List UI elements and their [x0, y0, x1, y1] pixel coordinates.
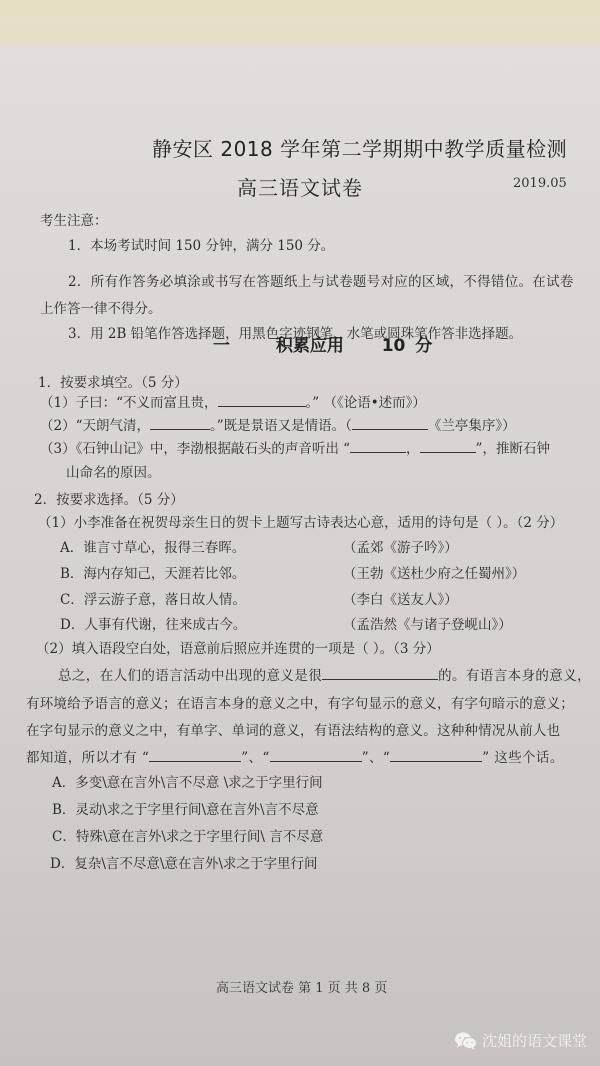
q2-sub2-option-a[interactable]: A．多变\意在言外\言不尽意 \求之于字里行间 [52, 771, 323, 791]
passage-line-4: 都知道，所以才有 “”、“”、“” 这些个话。 [26, 746, 564, 766]
wechat-icon [454, 1031, 478, 1051]
blank-field[interactable] [352, 417, 428, 430]
section-heading: 一 积累应用 10 分 [213, 331, 432, 356]
q2-sub1-question: （1）小李准备在祝贺母亲生日的贺卡上题写古诗表达心意，适用的诗句是（ ）。（2 … [38, 511, 563, 531]
q2-sub2-option-c[interactable]: C．特殊\意在言外\求之于字里行间\ 言不尽意 [52, 825, 323, 845]
q1-item-1-suffix: 。” （《论语•述而》） [306, 395, 426, 411]
blank-field[interactable] [218, 394, 306, 407]
passage-text: ”、“ [241, 750, 270, 766]
watermark-text: 沈姐的语文课堂 [482, 1030, 587, 1051]
passage-text: ”、“ [362, 750, 391, 766]
q1-item-1: （1）子曰：“不义而富且贵，。” （《论语•述而》） [40, 391, 426, 411]
q2-sub2-question: （2）填入语段空白处，语意前后照应并连贯的一项是（ ）。（3 分） [36, 637, 440, 657]
notice-item-2-cont: 上作答一律不得分。 [40, 297, 162, 317]
q2-sub1-option-b[interactable]: B．海内存知己，天涯若比邻。 [60, 562, 245, 582]
section-number: 一 [213, 336, 230, 356]
q1-item-3-sep: ， [406, 441, 420, 457]
q1-item-2: （2）“天朗气清，。”既是景语又是情语。（《兰亭集序》） [40, 414, 516, 434]
passage-text: 总之，在人们的语言活动中出现的意义是很 [58, 668, 322, 684]
q1-item-3-cont: 山命名的原因。 [66, 461, 161, 481]
q2-sub2-option-d[interactable]: D．复杂\言不尽意\意在言外\求之于字里行间 [50, 852, 317, 872]
blank-field[interactable] [150, 417, 210, 430]
section-name: 积累应用 [276, 336, 344, 356]
blank-field[interactable] [149, 749, 241, 762]
passage-text: 的。有语言本身的意义， [438, 668, 591, 684]
notice-item-1: 1．本场考试时间 150 分钟，满分 150 分。 [68, 234, 334, 254]
q2-sub1-option-a-source: （孟郊《游子吟》） [343, 536, 458, 556]
watermark: 沈姐的语文课堂 [454, 1030, 587, 1051]
exam-title: 静安区 2018 学年第二学期期中教学质量检测 [152, 133, 567, 162]
q2-sub1-option-d[interactable]: D．人事有代谢，往来成古今。 [60, 613, 246, 633]
blank-field[interactable] [270, 749, 362, 762]
q1-item-2-suffix: 《兰亭集序》） [428, 418, 516, 434]
blank-field[interactable] [420, 440, 476, 453]
passage-line-3: 在字句显示的意义之中，有单字、单词的意义，有语法结构的意义。这种种情况从前人也 [26, 719, 560, 739]
section-score: 10 分 [382, 336, 433, 356]
q2-sub1-option-b-source: （王勃《送杜少府之任蜀州》） [343, 562, 525, 582]
q2-sub2-option-b[interactable]: B．灵动\求之于字里行间\意在言外\言不尽意 [52, 798, 319, 818]
notice-item-2: 2．所有作答务必填涂或书写在答题纸上与试卷题号对应的区域，不得错位。在试卷 [68, 270, 574, 290]
blank-field[interactable] [322, 667, 438, 680]
q2-sub1-option-a[interactable]: A．谁言寸草心，报得三春晖。 [60, 536, 245, 556]
passage-text: ” 这些个话。 [482, 750, 564, 766]
q1-item-3: （3）《石钟山记》中，李渤根据敲石头的声音听出 “，”，推断石钟 [40, 437, 550, 457]
q2-sub1-option-c[interactable]: C．浮云游子意，落日故人情。 [60, 588, 246, 608]
exam-page: 静安区 2018 学年第二学期期中教学质量检测 高三语文试卷 2019.05 考… [0, 0, 600, 1066]
exam-subtitle: 高三语文试卷 [237, 172, 363, 201]
q1-item-3-suffix: ”，推断石钟 [476, 441, 550, 457]
notice-heading: 考生注意： [40, 209, 108, 229]
passage-line-1: 总之，在人们的语言活动中出现的意义是很的。有语言本身的意义， [58, 664, 591, 684]
q1-item-2-prefix: （2）“天朗气清， [40, 418, 150, 434]
page-footer: 高三语文试卷 第 1 页 共 8 页 [216, 977, 387, 996]
q2-heading: 2．按要求选择。（5 分） [34, 488, 184, 508]
q1-heading: 1．按要求填空。（5 分） [38, 371, 188, 391]
q2-sub1-option-d-source: （孟浩然《与诸子登岘山》） [343, 613, 512, 633]
passage-text: 都知道，所以才有 “ [26, 750, 149, 766]
blank-field[interactable] [390, 749, 482, 762]
q1-item-2-middle: 。”既是景语又是情语。（ [210, 418, 352, 434]
q1-item-3-prefix: （3）《石钟山记》中，李渤根据敲石头的声音听出 “ [40, 441, 350, 457]
passage-line-2: 有环境给予语言的意义；在语言本身的意义之中，有字句显示的意义，有字句暗示的意义； [26, 692, 574, 712]
blank-field[interactable] [350, 440, 406, 453]
q1-item-1-prefix: （1）子曰：“不义而富且贵， [40, 395, 218, 411]
exam-date: 2019.05 [513, 176, 567, 191]
q2-sub1-option-c-source: （李白《送友人》） [343, 588, 458, 608]
